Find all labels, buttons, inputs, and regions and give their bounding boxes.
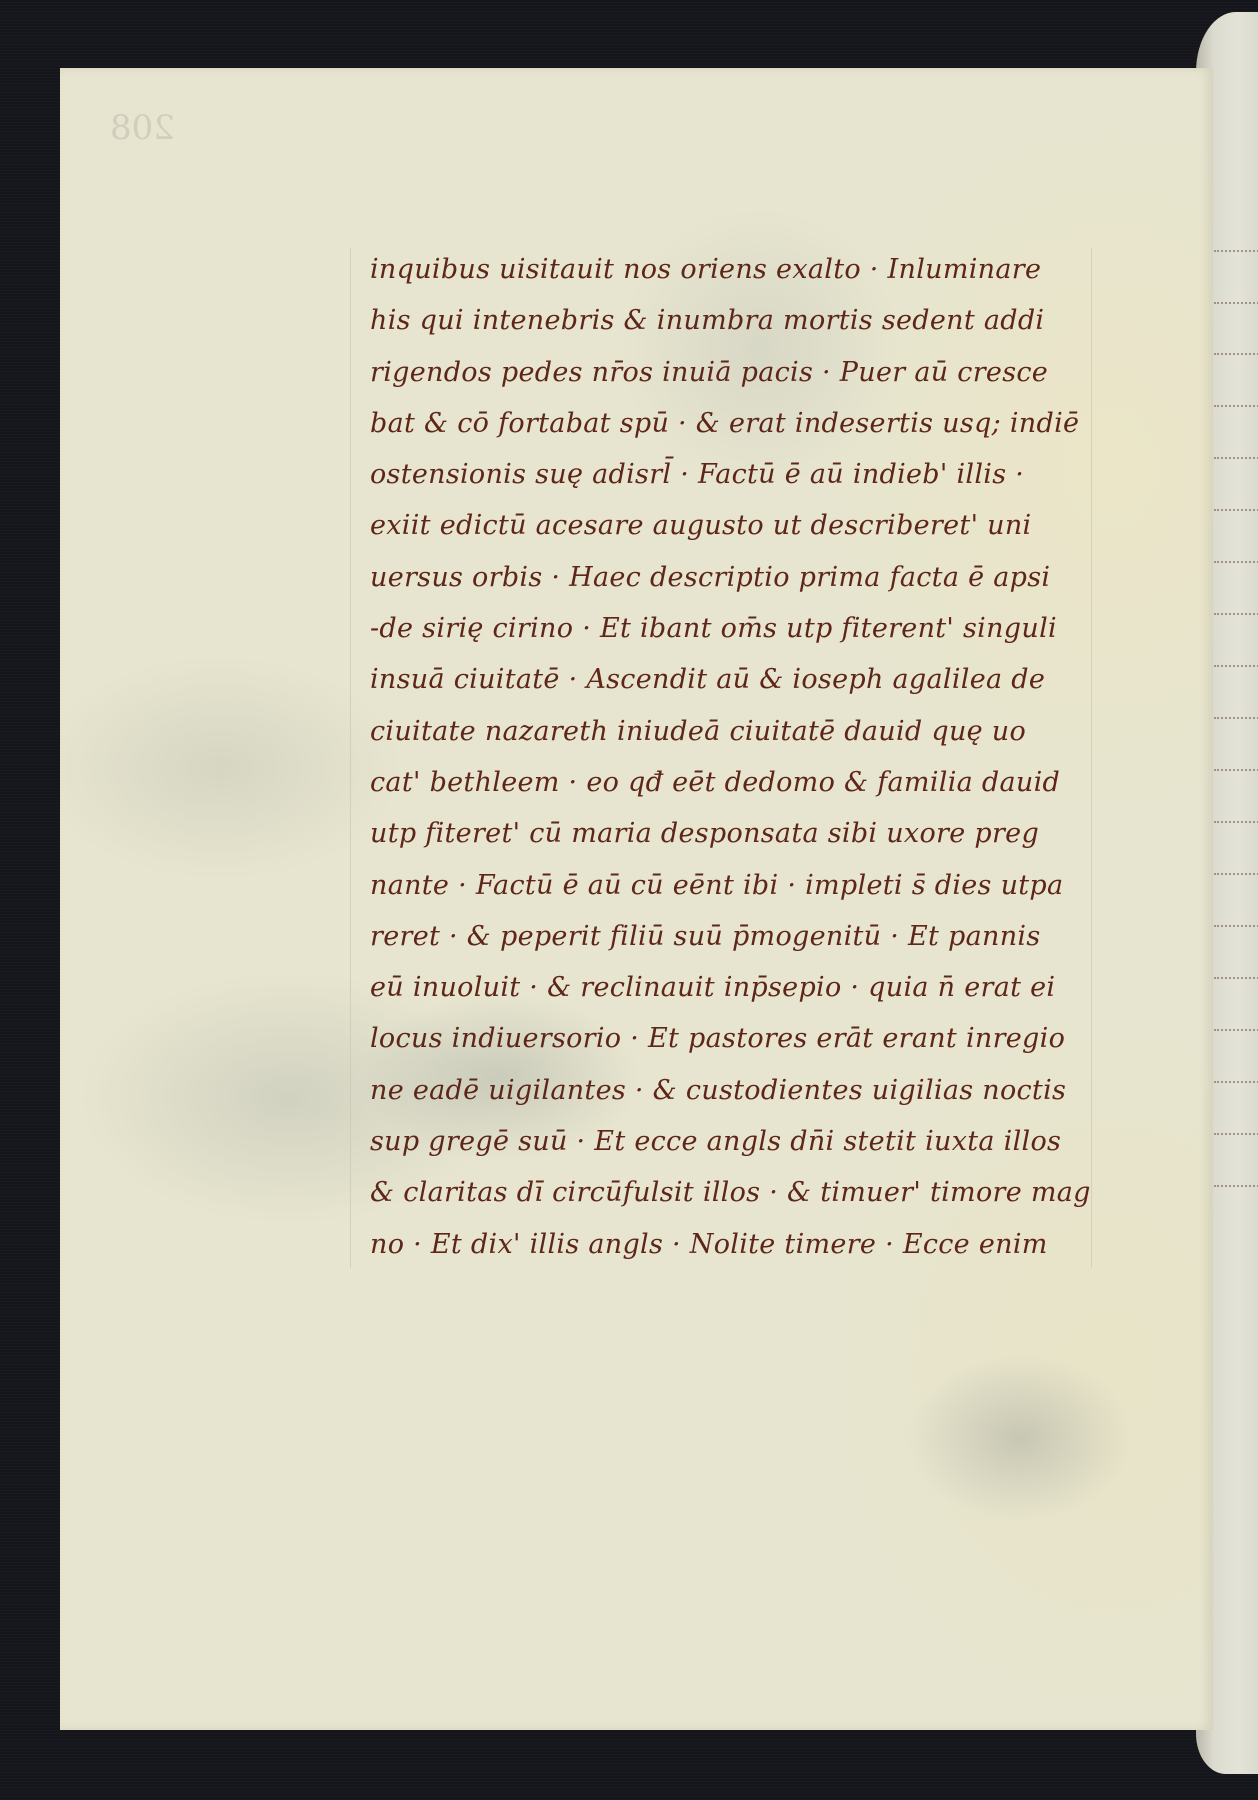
text-line: inquibus uisitauit nos oriens exalto · I…	[370, 244, 1010, 295]
text-line: eū inuoluit · & reclinauit inp̄sepio · q…	[370, 962, 1010, 1013]
text-line: uersus orbis · Haec descriptio prima fac…	[370, 552, 1010, 603]
text-line: bat & cō fortabat spū · & erat indeserti…	[370, 398, 1010, 449]
ghost-text-line	[1214, 769, 1258, 774]
text-line: & claritas dī circūfulsit illos · & timu…	[370, 1167, 1010, 1218]
ghost-text-line	[1214, 665, 1258, 670]
text-line: his qui intenebris & inumbra mortis sede…	[370, 295, 1010, 346]
ghost-text-line	[1214, 1185, 1258, 1190]
ghost-text-line	[1214, 1029, 1258, 1034]
text-line: ne eadē uigilantes · & custodientes uigi…	[370, 1065, 1010, 1116]
ghost-text-line	[1214, 613, 1258, 618]
text-line: no · Et dix' illis angls · Nolite timere…	[370, 1219, 1010, 1270]
text-line: sup gregē suū · Et ecce angls dn̄i steti…	[370, 1116, 1010, 1167]
text-line: -de sirię cirino · Et ibant om̄s utp fit…	[370, 603, 1010, 654]
ghost-text-line	[1214, 405, 1258, 410]
ghost-text-line	[1214, 1133, 1258, 1138]
folio-number: 208	[110, 108, 175, 148]
ghost-text-line	[1214, 561, 1258, 566]
ghost-text-line	[1214, 977, 1258, 982]
ghost-text-line	[1214, 457, 1258, 462]
ghost-text-line	[1214, 509, 1258, 514]
ghost-text-line	[1214, 353, 1258, 358]
text-line: ciuitate nazareth iniudeā ciuitatē dauid…	[370, 706, 1010, 757]
text-line: locus indiuersorio · Et pastores erāt er…	[370, 1013, 1010, 1064]
ghost-text-line	[1214, 1081, 1258, 1086]
text-line: rigendos pedes nr̄os inuiā pacis · Puer …	[370, 347, 1010, 398]
ghost-text-line	[1214, 250, 1258, 255]
text-line: reret · & peperit filiū suū p̄mogenitū ·…	[370, 911, 1010, 962]
ghost-text-line	[1214, 302, 1258, 307]
ghost-text-line	[1214, 925, 1258, 930]
text-line: ostensionis suę adisrl̄ · Factū ē aū ind…	[370, 449, 1010, 500]
manuscript-page: 208 inquibus uisitauit nos oriens exalto…	[60, 68, 1213, 1730]
ghost-text-line	[1214, 873, 1258, 878]
text-column: inquibus uisitauit nos oriens exalto · I…	[370, 244, 1010, 1270]
text-line: utp fiteret' cū maria desponsata sibi ux…	[370, 808, 1010, 859]
text-line: nante · Factū ē aū cū eēnt ibi · impleti…	[370, 860, 1010, 911]
ghost-text-line	[1214, 821, 1258, 826]
text-line: cat' bethleem · eo qđ eēt dedomo & famil…	[370, 757, 1010, 808]
text-line: exiit edictū acesare augusto ut describe…	[370, 500, 1010, 551]
ghost-text-line	[1214, 717, 1258, 722]
text-line: insuā ciuitatē · Ascendit aū & ioseph ag…	[370, 654, 1010, 705]
